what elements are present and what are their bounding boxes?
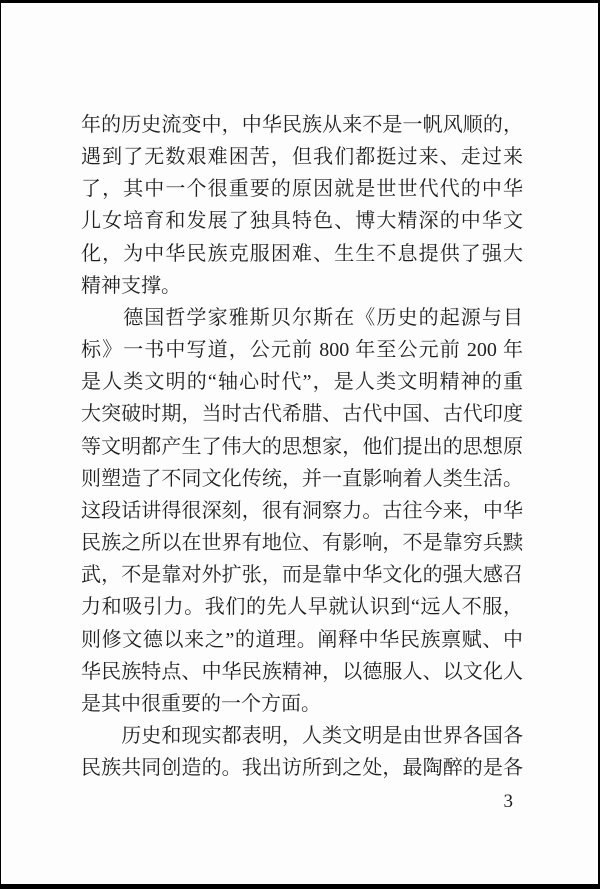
- text-line: 武，不是靠对外扩张，而是靠中华文化的强大感召: [81, 559, 523, 591]
- text-line: 大突破时期，当时古代希腊、古代中国、古代印度: [81, 398, 523, 430]
- text-line: 德国哲学家雅斯贝尔斯在《历史的起源与目: [81, 302, 523, 334]
- text-line: 是人类文明的“轴心时代”，是人类文明精神的重: [81, 366, 523, 398]
- text-line: 化，为中华民族克服困难、生生不息提供了强大: [81, 238, 523, 270]
- text-line: 民族之所以在世界有地位、有影响，不是靠穷兵黩: [81, 527, 523, 559]
- text-line: 则塑造了不同文化传统，并一直影响着人类生活。: [81, 463, 523, 495]
- text-line: 这段话讲得很深刻，很有洞察力。古往今来，中华: [81, 495, 523, 527]
- scan-edge-left: [0, 0, 1, 889]
- text-line: 则修文德以来之”的道理。阐释中华民族禀赋、中: [81, 624, 523, 656]
- text-line: 了，其中一个很重要的原因就是世世代代的中华: [81, 173, 523, 205]
- text-line: 年的历史流变中，中华民族从来不是一帆风顺的，: [81, 109, 523, 141]
- text-line: 精神支撑。: [81, 270, 523, 302]
- book-page: 年的历史流变中，中华民族从来不是一帆风顺的，遇到了无数艰难困苦，但我们都挺过来、…: [0, 0, 600, 889]
- text-line: 华民族特点、中华民族精神，以德服人、以文化人: [81, 656, 523, 688]
- text-line: 儿女培育和发展了独具特色、博大精深的中华文: [81, 205, 523, 237]
- text-line: 力和吸引力。我们的先人早就认识到“远人不服，: [81, 591, 523, 623]
- page-text: 年的历史流变中，中华民族从来不是一帆风顺的，遇到了无数艰难困苦，但我们都挺过来、…: [81, 109, 523, 784]
- text-line: 遇到了无数艰难困苦，但我们都挺过来、走过来: [81, 141, 523, 173]
- text-line: 历史和现实都表明，人类文明是由世界各国各: [81, 720, 523, 752]
- scan-edge-bottom: [0, 884, 600, 889]
- text-line: 等文明都产生了伟大的思想家，他们提出的思想原: [81, 431, 523, 463]
- scan-edge-top: [0, 0, 600, 3]
- page-number: 3: [81, 790, 513, 814]
- text-line: 是其中很重要的一个方面。: [81, 688, 523, 720]
- text-line: 民族共同创造的。我出访所到之处，最陶醉的是各: [81, 752, 523, 784]
- text-line: 标》一书中写道，公元前 800 年至公元前 200 年: [81, 334, 523, 366]
